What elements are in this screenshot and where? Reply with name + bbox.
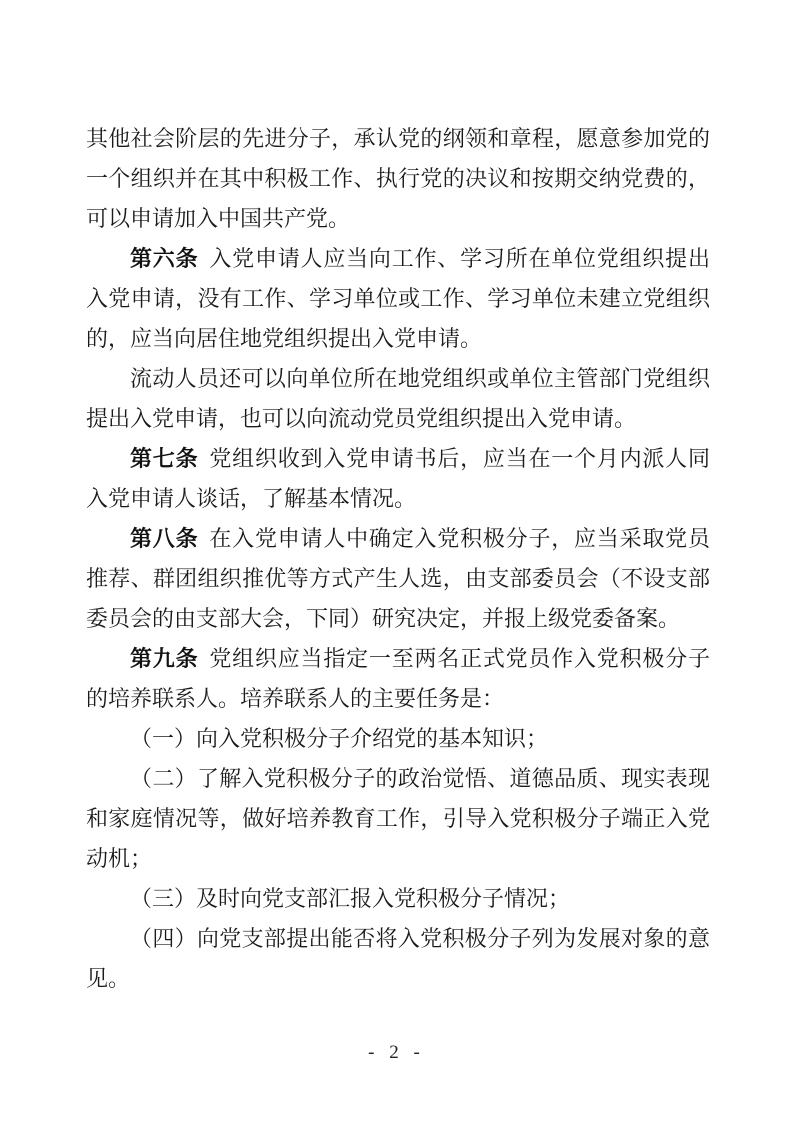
paragraph-text: （一）向入党积极分子介绍党的基本知识； bbox=[130, 726, 548, 751]
paragraph-article-9: 第九条党组织应当指定一至两名正式党员作入党积极分子的培养联系人。培养联系人的主要… bbox=[86, 639, 710, 719]
paragraph-text: 流动人员还可以向单位所在地党组织或单位主管部门党组织提出入党申请，也可以向流动党… bbox=[86, 366, 710, 431]
page-number: - 2 - bbox=[0, 1040, 793, 1066]
paragraph-list-item-2: （二）了解入党积极分子的政治觉悟、道德品质、现实表现和家庭情况等，做好培养教育工… bbox=[86, 759, 710, 879]
paragraph-list-item-3: （三）及时向党支部汇报入党积极分子情况； bbox=[86, 879, 710, 919]
paragraph-list-item-1: （一）向入党积极分子介绍党的基本知识； bbox=[86, 719, 710, 759]
document-body: 其他社会阶层的先进分子，承认党的纲领和章程，愿意参加党的一个组织并在其中积极工作… bbox=[86, 119, 710, 999]
article-number: 第九条 bbox=[130, 646, 198, 671]
document-page: 其他社会阶层的先进分子，承认党的纲领和章程，愿意参加党的一个组织并在其中积极工作… bbox=[0, 0, 793, 1122]
paragraph-text: （二）了解入党积极分子的政治觉悟、道德品质、现实表现和家庭情况等，做好培养教育工… bbox=[86, 766, 710, 871]
article-number: 第八条 bbox=[130, 526, 198, 551]
paragraph-article-8: 第八条在入党申请人中确定入党积极分子，应当采取党员推荐、群团组织推优等方式产生人… bbox=[86, 519, 710, 639]
paragraph-text: （三）及时向党支部汇报入党积极分子情况； bbox=[130, 886, 570, 911]
paragraph: 流动人员还可以向单位所在地党组织或单位主管部门党组织提出入党申请，也可以向流动党… bbox=[86, 359, 710, 439]
paragraph: 其他社会阶层的先进分子，承认党的纲领和章程，愿意参加党的一个组织并在其中积极工作… bbox=[86, 119, 710, 239]
paragraph-text: 其他社会阶层的先进分子，承认党的纲领和章程，愿意参加党的一个组织并在其中积极工作… bbox=[86, 126, 710, 231]
paragraph-text: （四）向党支部提出能否将入党积极分子列为发展对象的意见。 bbox=[86, 926, 710, 991]
article-number: 第七条 bbox=[130, 446, 198, 471]
article-number: 第六条 bbox=[130, 246, 198, 271]
paragraph-article-7: 第七条党组织收到入党申请书后，应当在一个月内派人同入党申请人谈话，了解基本情况。 bbox=[86, 439, 710, 519]
paragraph-list-item-4: （四）向党支部提出能否将入党积极分子列为发展对象的意见。 bbox=[86, 919, 710, 999]
paragraph-article-6: 第六条入党申请人应当向工作、学习所在单位党组织提出入党申请，没有工作、学习单位或… bbox=[86, 239, 710, 359]
